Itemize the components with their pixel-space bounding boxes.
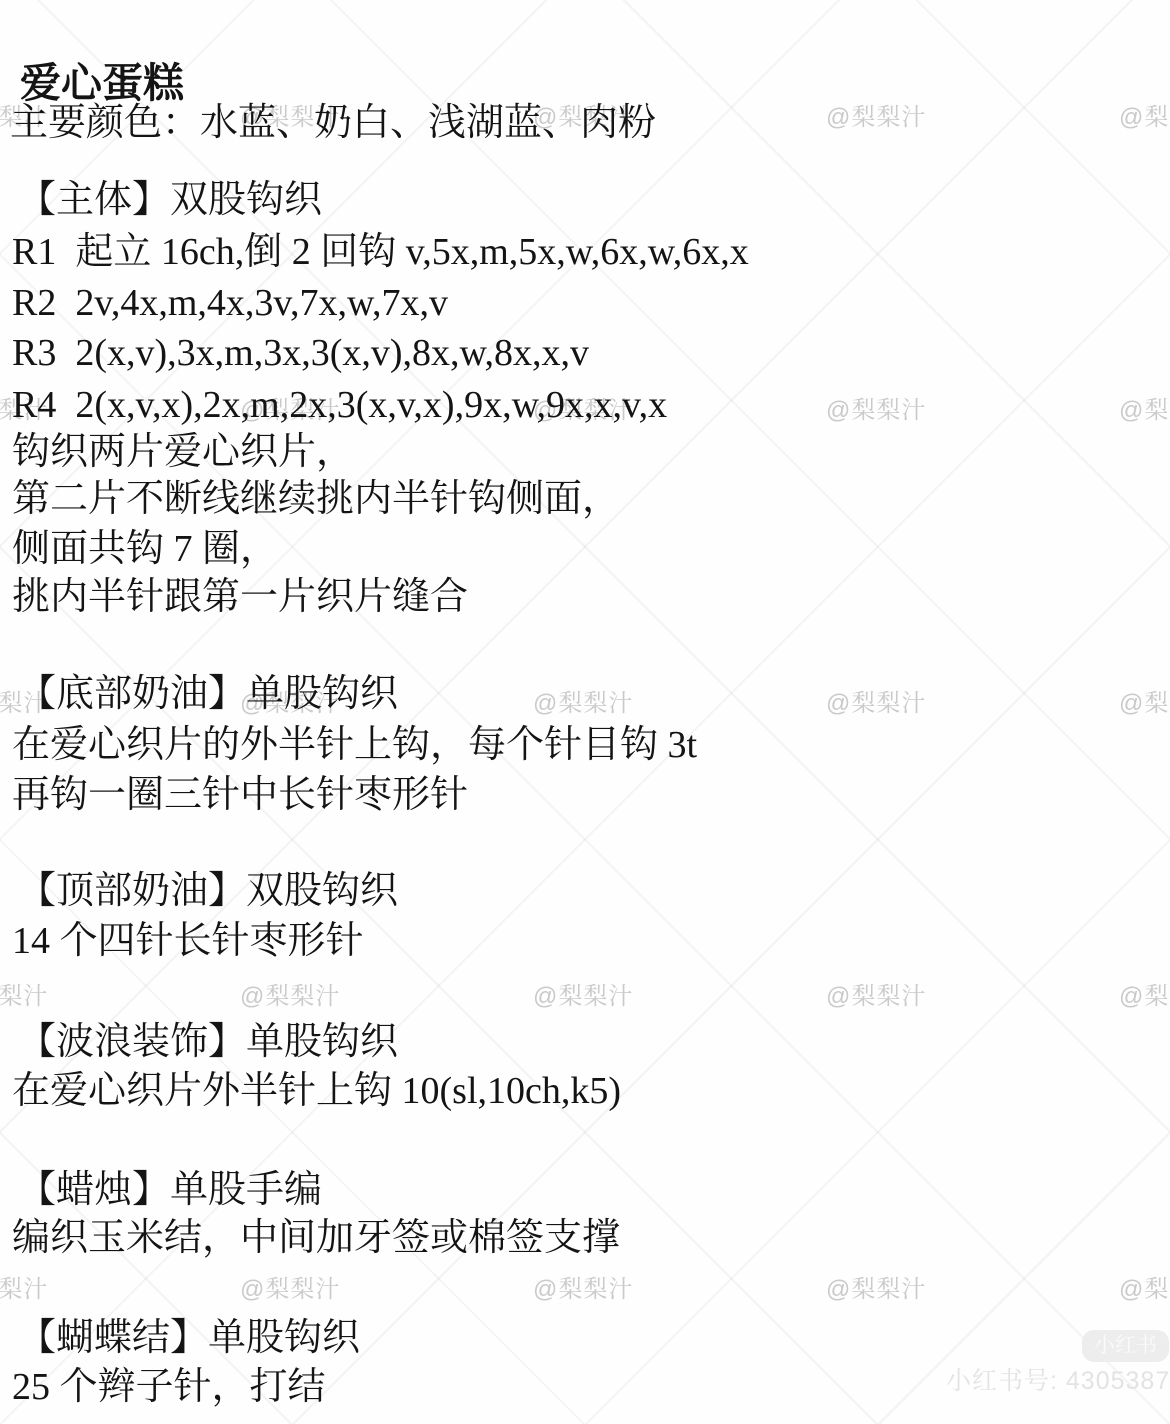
- section-heading-bow: 【蝴蝶结】单股钩织: [18, 1316, 360, 1360]
- pattern-line-r1: R1 起立 16ch,倒 2 回钩 v,5x,m,5x,w,6x,w,6x,x: [12, 230, 749, 274]
- pattern-content: 爱心蛋糕 主要颜色：水蓝、奶白、浅湖蓝、肉粉 【主体】双股钩织 R1 起立 16…: [0, 0, 1170, 1424]
- pattern-line-r3: R3 2(x,v),3x,m,3x,3(x,v),8x,w,8x,x,v: [12, 331, 589, 375]
- section-heading-top-cream: 【顶部奶油】双股钩织: [18, 869, 398, 913]
- pattern-line: 在爱心织片外半针上钩 10(sl,10ch,k5): [12, 1069, 621, 1113]
- pattern-line-r2: R2 2v,4x,m,4x,3v,7x,w,7x,v: [12, 281, 448, 325]
- section-heading-candle: 【蜡烛】单股手编: [18, 1168, 322, 1212]
- pattern-line: 编织玉米结，中间加牙签或棉签支撑: [12, 1216, 620, 1260]
- pattern-line: 侧面共钩 7 圈，: [12, 527, 278, 571]
- pattern-line: 第二片不断线继续挑内半针钩侧面，: [12, 477, 620, 521]
- pattern-line: 14 个四针长针枣形针: [12, 919, 364, 963]
- pattern-line: 在爱心织片的外半针上钩，每个针目钩 3t: [12, 723, 697, 767]
- section-heading-body: 【主体】双股钩织: [18, 178, 322, 222]
- section-heading-wave-trim: 【波浪装饰】单股钩织: [18, 1020, 398, 1064]
- page-title: 爱心蛋糕: [20, 61, 184, 105]
- pattern-line: 钩织两片爱心织片，: [12, 430, 354, 474]
- pattern-line: 25 个辫子针，打结: [12, 1365, 326, 1409]
- section-heading-bottom-cream: 【底部奶油】单股钩织: [18, 672, 398, 716]
- pattern-line: 再钩一圈三针中长针枣形针: [12, 773, 468, 817]
- document-page: @梨梨汁 @梨梨汁 @梨梨汁 @梨梨汁 @梨梨汁 @梨梨汁 @梨梨汁 @梨梨汁 …: [0, 0, 1170, 1424]
- colors-line: 主要颜色：水蓝、奶白、浅湖蓝、肉粉: [10, 101, 656, 145]
- pattern-line-r4: R4 2(x,v,x),2x,m,2x,3(x,v,x),9x,w,9x,x,v…: [12, 383, 667, 427]
- pattern-line: 挑内半针跟第一片织片缝合: [12, 575, 468, 619]
